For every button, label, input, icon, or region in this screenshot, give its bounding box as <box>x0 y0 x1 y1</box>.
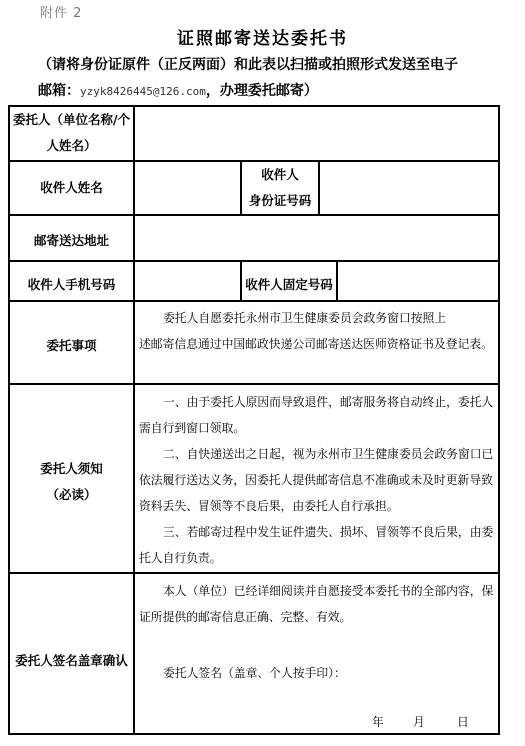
row-divider <box>8 300 500 302</box>
row-divider <box>8 572 500 574</box>
recipient-id-label-line2: 身份证号码 <box>242 188 318 214</box>
column-divider <box>336 260 338 301</box>
address-input[interactable] <box>136 217 498 260</box>
notice-line: 二、自快递送出之日起，视为永州市卫生健康委员会政务窗口已 <box>163 441 493 467</box>
mobile-input[interactable] <box>136 263 240 300</box>
confirm-text-line2: 证所提供的邮寄信息正确、完整、有效。 <box>139 604 351 630</box>
table-border-right <box>498 105 500 735</box>
notice-label-line2: （必读） <box>10 482 133 508</box>
notice-line: 依法履行送达义务，因委托人提供邮寄信息不准确或未及时更新导致 <box>139 467 493 493</box>
column-divider <box>318 160 320 215</box>
notice-line: 一、由于委托人原因而导致退件，邮寄服务将自动终止，委托人 <box>163 389 493 415</box>
recipient-name-input[interactable] <box>136 163 240 214</box>
principal-input[interactable] <box>136 108 498 160</box>
recipient-id-label: 收件人 身份证号码 <box>242 162 318 214</box>
notice-label: 委托人须知 （必读） <box>10 456 133 508</box>
notice-label-line1: 委托人须知 <box>10 456 133 482</box>
confirm-text-line1: 本人（单位）已经详细阅读并自愿接受本委托书的全部内容，保 <box>163 578 493 604</box>
matter-label: 委托事项 <box>10 333 133 359</box>
instruction-line-2: 邮箱：yzyk8426445@126.com，办理委托邮寄） <box>38 80 318 100</box>
notice-line: 托人自行负责。 <box>139 545 222 571</box>
recipient-id-input[interactable] <box>321 163 498 214</box>
landline-label: 收件人固定号码 <box>242 272 336 298</box>
instruction-line-1: （请将身份证原件（正反两面）和此表以扫描或拍照形式发送至电子 <box>38 54 458 74</box>
column-divider <box>133 105 135 735</box>
date-day-label: 日 <box>457 709 469 735</box>
principal-label: 委托人（单位名称/个 人姓名） <box>10 107 133 159</box>
attachment-label: 附件 2 <box>40 2 82 21</box>
email-address[interactable]: yzyk8426445@126.com <box>80 85 206 98</box>
notice-line: 资料丢失、冒领等不良后果，由委托人自行承担。 <box>139 493 399 519</box>
instruction-prefix: 邮箱： <box>38 83 80 99</box>
row-divider <box>8 260 500 262</box>
notice-line: 需自行到窗口领取。 <box>139 415 245 441</box>
recipient-id-label-line1: 收件人 <box>242 162 318 188</box>
matter-text-line2: 述邮寄信息通过中国邮政快递公司邮寄送达医师资格证书及登记表。 <box>139 331 493 357</box>
signature-field[interactable] <box>340 660 490 686</box>
matter-text-line1: 委托人自愿委托永州市卫生健康委员会政务窗口按照上 <box>163 305 446 331</box>
confirm-label: 委托人签名盖章确认 <box>10 648 133 674</box>
address-label: 邮寄送达地址 <box>10 228 133 254</box>
principal-label-line1: 委托人（单位名称/个 <box>10 107 133 133</box>
instruction-suffix: ，办理委托邮寄） <box>206 83 318 99</box>
recipient-name-label: 收件人姓名 <box>10 175 133 201</box>
table-border-bottom <box>8 733 500 735</box>
date-year-label: 年 <box>372 709 384 735</box>
page-title: 证照邮寄送达委托书 <box>0 24 525 49</box>
date-month-label: 月 <box>413 709 425 735</box>
row-divider <box>8 383 500 385</box>
principal-label-line2: 人姓名） <box>10 133 133 159</box>
signature-label: 委托人签名（盖章、个人按手印）： <box>163 660 346 686</box>
notice-line: 三、若邮寄过程中发生证件遗失、损坏、冒领等不良后果，由委 <box>163 519 493 545</box>
mobile-label: 收件人手机号码 <box>10 272 133 298</box>
row-divider <box>8 214 500 216</box>
landline-input[interactable] <box>339 263 498 300</box>
